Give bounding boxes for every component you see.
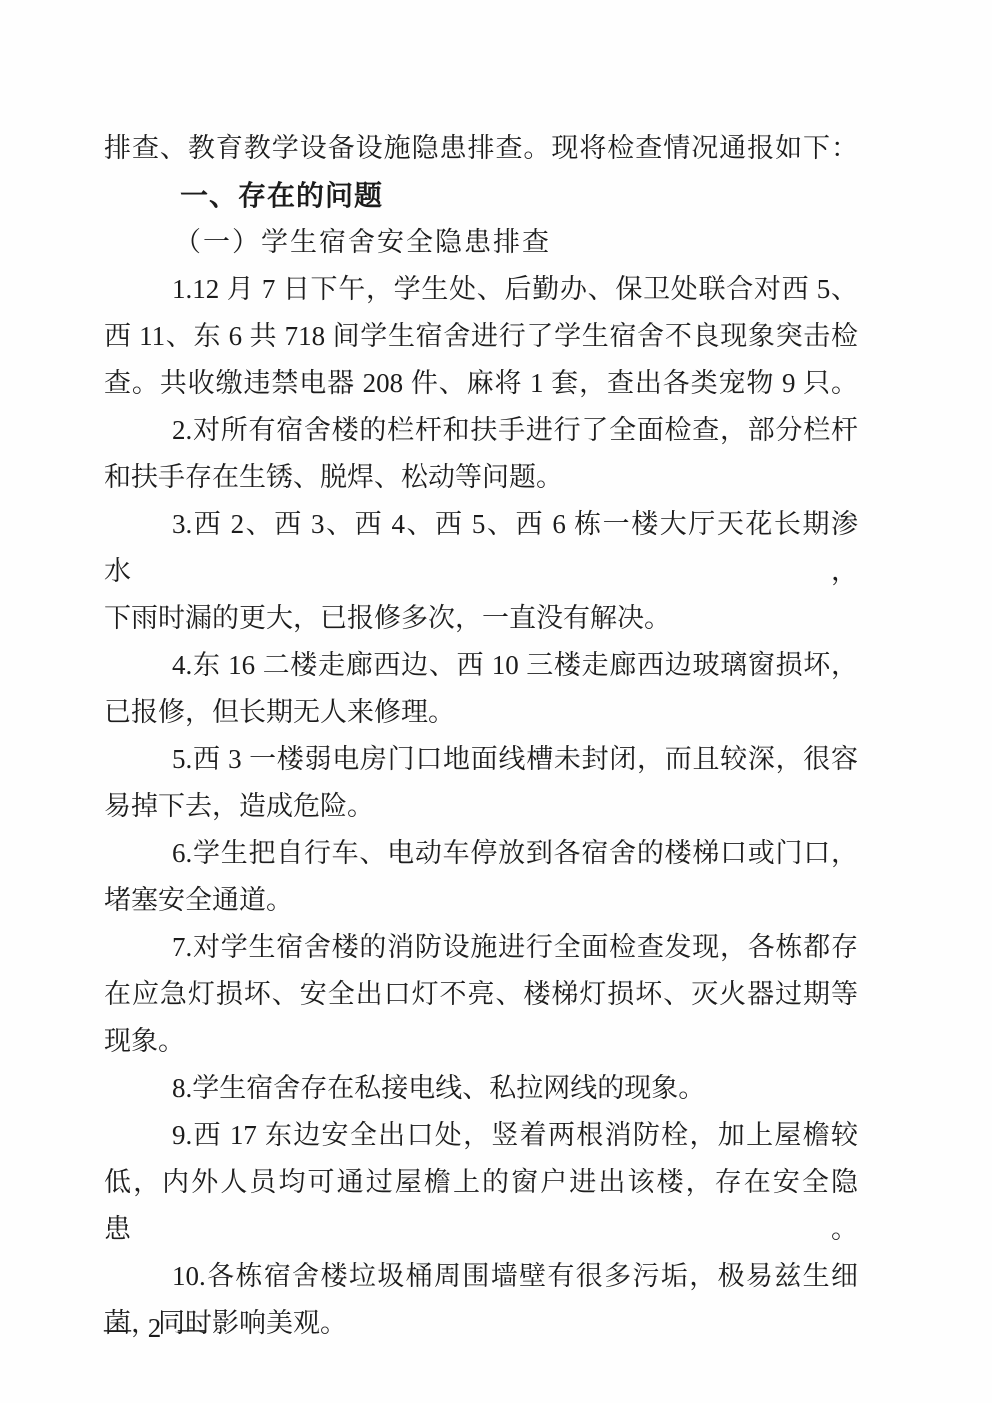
numbered-item: 1.12 月 7 日下午，学生处、后勤办、保卫处联合对西 5、 西 11、东 6… bbox=[104, 266, 858, 407]
item-1-line-1: 1.12 月 7 日下午，学生处、后勤办、保卫处联合对西 5、 bbox=[104, 266, 858, 313]
item-2-line-1: 2.对所有宿舍楼的栏杆和扶手进行了全面检查，部分栏杆 bbox=[104, 407, 858, 454]
numbered-item: 4.东 16 二楼走廊西边、西 10 三楼走廊西边玻璃窗损坏， 已报修，但长期无… bbox=[104, 642, 858, 736]
numbered-item: 5.西 3 一楼弱电房门口地面线槽未封闭，而且较深，很容 易掉下去，造成危险。 bbox=[104, 736, 858, 830]
item-1-line-2: 西 11、东 6 共 718 间学生宿舍进行了学生宿舍不良现象突击检 bbox=[104, 313, 858, 360]
document-body: 排查、教育教学设备设施隐患排查。现将检查情况通报如下： 一、存在的问题 （一）学… bbox=[104, 125, 858, 1347]
numbered-item: 7.对学生宿舍楼的消防设施进行全面检查发现，各栋都存 在应急灯损坏、安全出口灯不… bbox=[104, 924, 858, 1065]
numbered-item: 8.学生宿舍存在私接电线、私拉网线的现象。 bbox=[104, 1065, 858, 1112]
item-7-line-2: 在应急灯损坏、安全出口灯不亮、楼梯灯损坏、灭火器过期等 bbox=[104, 971, 858, 1018]
item-4-line-1: 4.东 16 二楼走廊西边、西 10 三楼走廊西边玻璃窗损坏， bbox=[104, 642, 858, 689]
subsection-heading: （一）学生宿舍安全隐患排查 bbox=[104, 219, 858, 266]
document-page: 排查、教育教学设备设施隐患排查。现将检查情况通报如下： 一、存在的问题 （一）学… bbox=[0, 0, 992, 1403]
item-8-line-1: 8.学生宿舍存在私接电线、私拉网线的现象。 bbox=[104, 1065, 858, 1112]
item-7-line-1: 7.对学生宿舍楼的消防设施进行全面检查发现，各栋都存 bbox=[104, 924, 858, 971]
item-4-line-2: 已报修，但长期无人来修理。 bbox=[104, 689, 858, 736]
intro-line: 排查、教育教学设备设施隐患排查。现将检查情况通报如下： bbox=[104, 125, 858, 172]
item-10-line-2: 菌，同时影响美观。 bbox=[104, 1300, 858, 1347]
item-5-line-1: 5.西 3 一楼弱电房门口地面线槽未封闭，而且较深，很容 bbox=[104, 736, 858, 783]
item-9-line-1: 9.西 17 东边安全出口处，竖着两根消防栓，加上屋檐较 bbox=[104, 1112, 858, 1159]
section-heading: 一、存在的问题 bbox=[104, 172, 858, 219]
numbered-item: 9.西 17 东边安全出口处，竖着两根消防栓，加上屋檐较 低，内外人员均可通过屋… bbox=[104, 1112, 858, 1253]
item-2-line-2: 和扶手存在生锈、脱焊、松动等问题。 bbox=[104, 454, 858, 501]
page-number: — 2 — bbox=[104, 1312, 210, 1344]
item-6-line-1: 6.学生把自行车、电动车停放到各宿舍的楼梯口或门口， bbox=[104, 830, 858, 877]
item-3-line-2: 下雨时漏的更大，已报修多次，一直没有解决。 bbox=[104, 595, 858, 642]
item-10-line-1: 10.各栋宿舍楼垃圾桶周围墙壁有很多污垢，极易兹生细 bbox=[104, 1253, 858, 1300]
item-6-line-2: 堵塞安全通道。 bbox=[104, 877, 858, 924]
numbered-item: 6.学生把自行车、电动车停放到各宿舍的楼梯口或门口， 堵塞安全通道。 bbox=[104, 830, 858, 924]
numbered-item: 10.各栋宿舍楼垃圾桶周围墙壁有很多污垢，极易兹生细 菌，同时影响美观。 bbox=[104, 1253, 858, 1347]
item-7-line-3: 现象。 bbox=[104, 1018, 858, 1065]
numbered-item: 3.西 2、西 3、西 4、西 5、西 6 栋一楼大厅天花长期渗水， 下雨时漏的… bbox=[104, 501, 858, 642]
numbered-item: 2.对所有宿舍楼的栏杆和扶手进行了全面检查，部分栏杆 和扶手存在生锈、脱焊、松动… bbox=[104, 407, 858, 501]
item-1-line-3: 查。共收缴违禁电器 208 件、麻将 1 套，查出各类宠物 9 只。 bbox=[104, 360, 858, 407]
item-5-line-2: 易掉下去，造成危险。 bbox=[104, 783, 858, 830]
item-3-line-1: 3.西 2、西 3、西 4、西 5、西 6 栋一楼大厅天花长期渗水， bbox=[104, 501, 858, 595]
item-9-line-2: 低，内外人员均可通过屋檐上的窗户进出该楼，存在安全隐患。 bbox=[104, 1159, 858, 1253]
